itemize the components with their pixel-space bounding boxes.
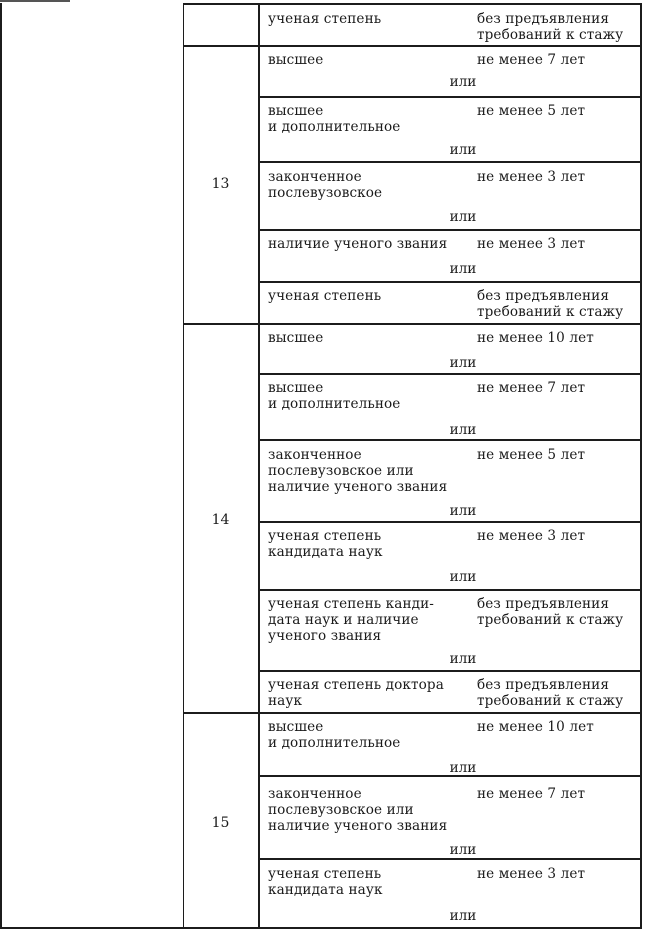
row-divider bbox=[258, 281, 642, 283]
row-divider bbox=[258, 229, 642, 231]
group-number-13: 13 bbox=[183, 176, 258, 192]
or-separator: или bbox=[433, 651, 493, 667]
or-separator: или bbox=[433, 422, 493, 438]
or-separator: или bbox=[433, 74, 493, 90]
experience-cell: не менее 5 лет bbox=[477, 103, 585, 119]
education-cell: высшее bbox=[268, 330, 323, 346]
group-divider bbox=[183, 323, 642, 325]
experience-cell: без предъявления требований к стажу bbox=[477, 596, 623, 628]
or-separator: или bbox=[433, 569, 493, 585]
experience-cell: не менее 7 лет bbox=[477, 380, 585, 396]
table-border-bottom bbox=[0, 927, 642, 929]
experience-cell: не менее 7 лет bbox=[477, 786, 585, 802]
or-separator: или bbox=[433, 355, 493, 371]
group-number-15: 15 bbox=[183, 815, 258, 831]
education-cell: ученая степень канди- дата наук и наличи… bbox=[268, 596, 434, 644]
education-cell: ученая степень кандидата наук bbox=[268, 866, 383, 898]
or-separator: или bbox=[433, 261, 493, 277]
or-separator: или bbox=[433, 209, 493, 225]
education-cell: законченное послевузовское или наличие у… bbox=[268, 786, 447, 834]
or-separator: или bbox=[433, 142, 493, 158]
group-number-14: 14 bbox=[183, 512, 258, 528]
table-border-top bbox=[183, 3, 642, 5]
column-divider-content bbox=[258, 3, 260, 929]
education-cell: законченное послевузовское или наличие у… bbox=[268, 447, 447, 495]
row-divider bbox=[258, 589, 642, 591]
group-divider bbox=[183, 45, 642, 47]
education-cell: ученая степень доктора наук bbox=[268, 677, 444, 709]
row-divider bbox=[258, 373, 642, 375]
or-separator: или bbox=[433, 908, 493, 924]
experience-cell: не менее 3 лет bbox=[477, 866, 585, 882]
document-page: ученая степень без предъявления требован… bbox=[0, 0, 646, 932]
row-divider bbox=[258, 670, 642, 672]
row-divider bbox=[258, 439, 642, 441]
or-separator: или bbox=[433, 760, 493, 776]
row-divider bbox=[258, 96, 642, 98]
education-cell: высшее bbox=[268, 52, 323, 68]
education-cell: законченное послевузовское bbox=[268, 169, 382, 201]
education-cell: высшее и дополнительное bbox=[268, 380, 400, 412]
group-divider bbox=[183, 712, 642, 714]
education-cell: ученая степень кандидата наук bbox=[268, 528, 383, 560]
experience-cell: не менее 3 лет bbox=[477, 528, 585, 544]
experience-cell: без предъявления требований к стажу bbox=[477, 288, 623, 320]
row-divider bbox=[258, 858, 642, 860]
table-border-right bbox=[640, 3, 642, 929]
row-divider bbox=[258, 521, 642, 523]
education-cell: ученая степень bbox=[268, 11, 381, 27]
experience-cell: не менее 10 лет bbox=[477, 719, 594, 735]
row-divider bbox=[258, 161, 642, 163]
education-cell: наличие ученого звания bbox=[268, 236, 447, 252]
experience-cell: не менее 10 лет bbox=[477, 330, 594, 346]
row-divider bbox=[258, 775, 642, 777]
education-cell: высшее и дополнительное bbox=[268, 103, 400, 135]
education-cell: ученая степень bbox=[268, 288, 381, 304]
or-separator: или bbox=[433, 842, 493, 858]
or-separator: или bbox=[433, 503, 493, 519]
experience-cell: без предъявления требований к стажу bbox=[477, 677, 623, 709]
experience-cell: не менее 3 лет bbox=[477, 169, 585, 185]
experience-cell: не менее 7 лет bbox=[477, 52, 585, 68]
experience-cell: не менее 5 лет bbox=[477, 447, 585, 463]
column-divider-number bbox=[183, 3, 184, 929]
experience-cell: не менее 3 лет bbox=[477, 236, 585, 252]
scan-edge bbox=[0, 0, 70, 2]
table-border-left bbox=[0, 3, 2, 929]
education-cell: высшее и дополнительное bbox=[268, 719, 400, 751]
experience-cell: без предъявления требований к стажу bbox=[477, 11, 623, 43]
